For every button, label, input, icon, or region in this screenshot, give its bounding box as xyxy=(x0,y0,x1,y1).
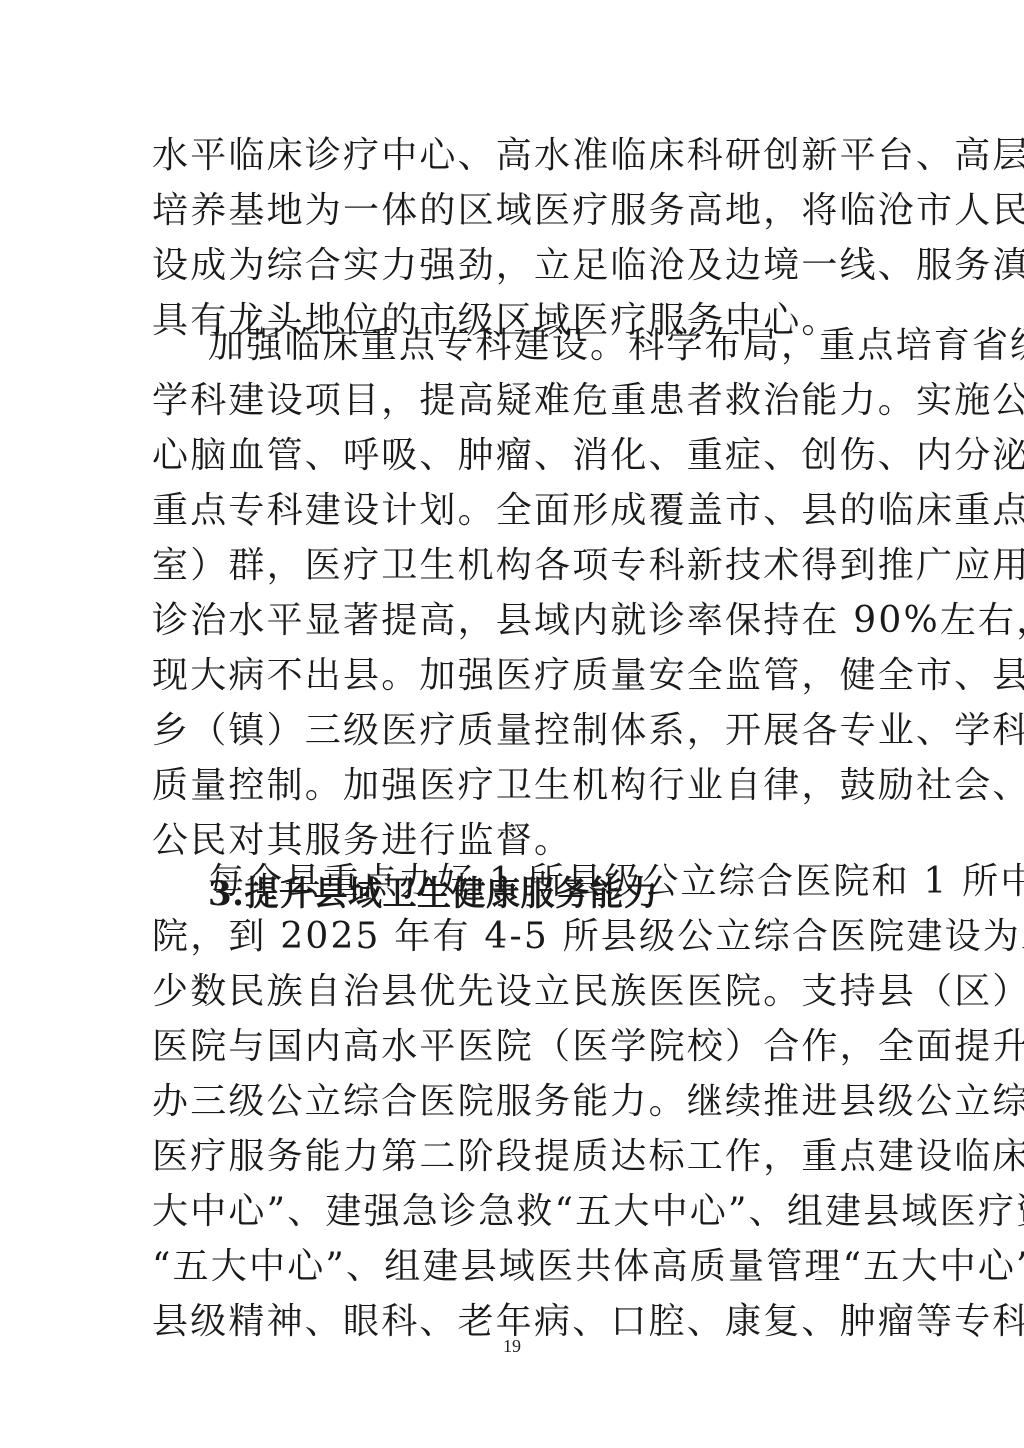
text-line: 院，到 2025 年有 4-5 所县级公立综合医院建设为三级医院， xyxy=(152,917,872,957)
text-line: 医疗服务能力第二阶段提质达标工作，重点建设临床服务“五 xyxy=(152,1137,872,1177)
text-line: 办三级公立综合医院服务能力。继续推进县级公立综合医院 xyxy=(152,1082,872,1122)
text-line: 室）群，医疗卫生机构各项专科新技术得到推广应用，大病 xyxy=(152,546,872,586)
text-line: 每个县重点办好 1 所县级公立综合医院和 1 所中医医 xyxy=(208,862,872,902)
text-line: 重点专科建设计划。全面形成覆盖市、县的临床重点专科（科 xyxy=(152,491,872,531)
text-line: 现大病不出县。加强医疗质量安全监管，健全市、县（区）、 xyxy=(152,656,872,696)
text-line: 设成为综合实力强劲，立足临沧及边境一线、服务滇西南， xyxy=(152,246,872,286)
text-line: 水平临床诊疗中心、高水准临床科研创新平台、高层次人才 xyxy=(152,136,872,176)
text-line: “五大中心”、组建县域医共体高质量管理“五大中心”，补齐 xyxy=(152,1247,872,1287)
text-line: 公民对其服务进行监督。 xyxy=(152,821,872,861)
text-line: 学科建设项目，提高疑难危重患者救治能力。实施公立医院 xyxy=(152,381,872,421)
text-line: 乡（镇）三级医疗质量控制体系，开展各专业、学科的医疗 xyxy=(152,711,872,751)
text-line: 质量控制。加强医疗卫生机构行业自律，鼓励社会、媒体和 xyxy=(152,766,872,806)
document-page: 水平临床诊疗中心、高水准临床科研创新平台、高层次人才 培养基地为一体的区域医疗服… xyxy=(0,0,1024,1448)
text-line: 大中心”、建强急诊急救“五大中心”、组建县域医疗资源共享 xyxy=(152,1192,872,1232)
text-line: 培养基地为一体的区域医疗服务高地，将临沧市人民医院建 xyxy=(152,191,872,231)
page-number: 19 xyxy=(0,1336,1024,1357)
text-line: 诊治水平显著提高，县域内就诊率保持在 90%左右，基本实 xyxy=(152,601,872,641)
text-line: 医院与国内高水平医院（医学院校）合作，全面提升县（区） xyxy=(152,1027,872,1067)
text-line: 少数民族自治县优先设立民族医医院。支持县（区）办三级 xyxy=(152,972,872,1012)
text-line: 心脑血管、呼吸、肿瘤、消化、重症、创伤、内分泌等临床 xyxy=(152,436,872,476)
text-line: 加强临床重点专科建设。科学布局，重点培育省级重点 xyxy=(208,326,872,366)
